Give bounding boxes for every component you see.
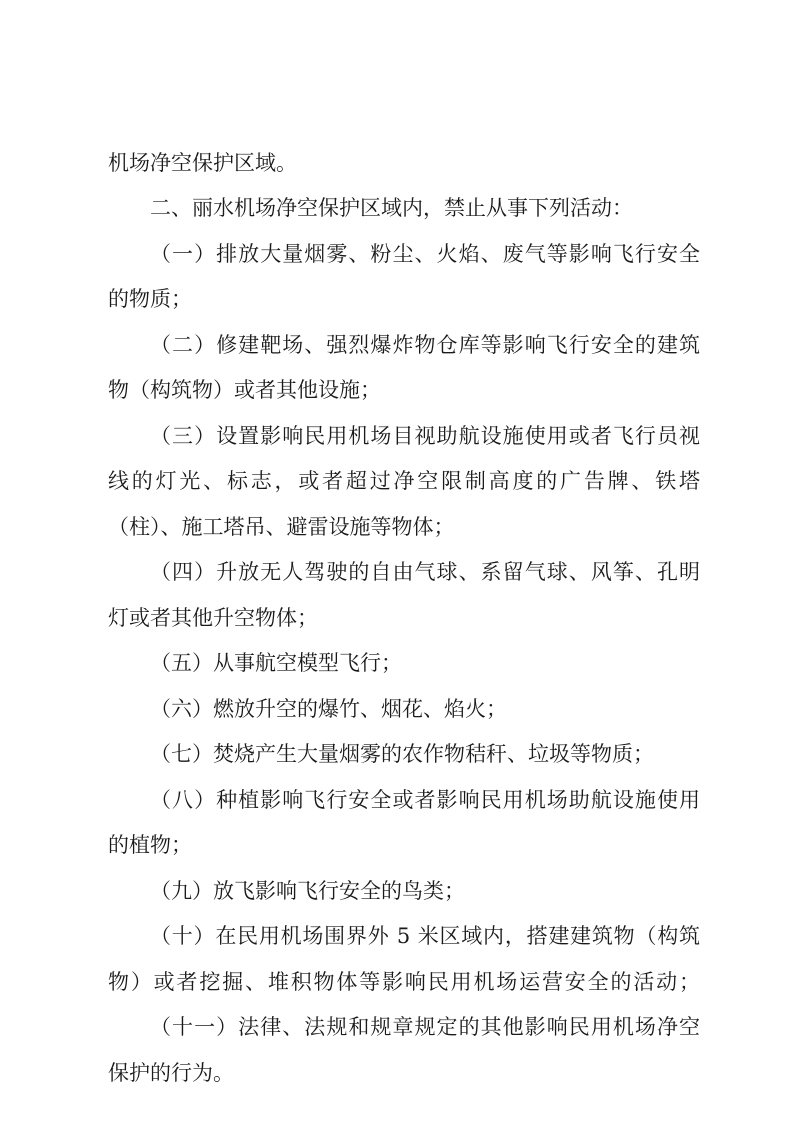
list-item-line: （二）修建靶场、强烈爆炸物仓库等影响飞行安全的建筑	[150, 330, 700, 360]
list-item-line: 的物质；	[108, 284, 700, 314]
document-page: 机场净空保护区域。 二、丽水机场净空保护区域内，禁止从事下列活动： （一）排放大…	[0, 0, 799, 1130]
list-item-line: （六）燃放升空的爆竹、烟花、焰火；	[150, 694, 700, 724]
list-item-line: （三）设置影响民用机场目视助航设施使用或者飞行员视	[150, 421, 700, 451]
list-item-line: （十一）法律、法规和规章规定的其他影响民用机场净空	[150, 1012, 700, 1042]
list-item-line: （十）在民用机场围界外 5 米区域内，搭建建筑物（构筑	[150, 921, 700, 951]
list-item-line: 物）或者挖掘、堆积物体等影响民用机场运营安全的活动；	[108, 967, 700, 997]
list-item-line: 的植物；	[108, 830, 700, 860]
list-item-line: （七）焚烧产生大量烟雾的农作物秸秆、垃圾等物质；	[150, 739, 700, 769]
list-item-line: （八）种植影响飞行安全或者影响民用机场助航设施使用	[150, 785, 700, 815]
list-item-line: 保护的行为。	[108, 1058, 700, 1088]
list-item-line: （柱）、施工塔吊、避雷设施等物体；	[108, 512, 700, 542]
list-item-line: （四）升放无人驾驶的自由气球、系留气球、风筝、孔明	[150, 557, 700, 587]
list-item-line: （九）放飞影响飞行安全的鸟类；	[150, 876, 700, 906]
list-item-line: （五）从事航空模型飞行；	[150, 648, 700, 678]
list-item-line: 线的灯光、标志，或者超过净空限制高度的广告牌、铁塔	[108, 466, 700, 496]
paragraph-line: 机场净空保护区域。	[108, 148, 700, 178]
list-item-line: （一）排放大量烟雾、粉尘、火焰、废气等影响飞行安全	[150, 239, 700, 269]
section-heading-line: 二、丽水机场净空保护区域内，禁止从事下列活动：	[150, 193, 700, 223]
list-item-line: 灯或者其他升空物体；	[108, 603, 700, 633]
list-item-line: 物（构筑物）或者其他设施；	[108, 375, 700, 405]
